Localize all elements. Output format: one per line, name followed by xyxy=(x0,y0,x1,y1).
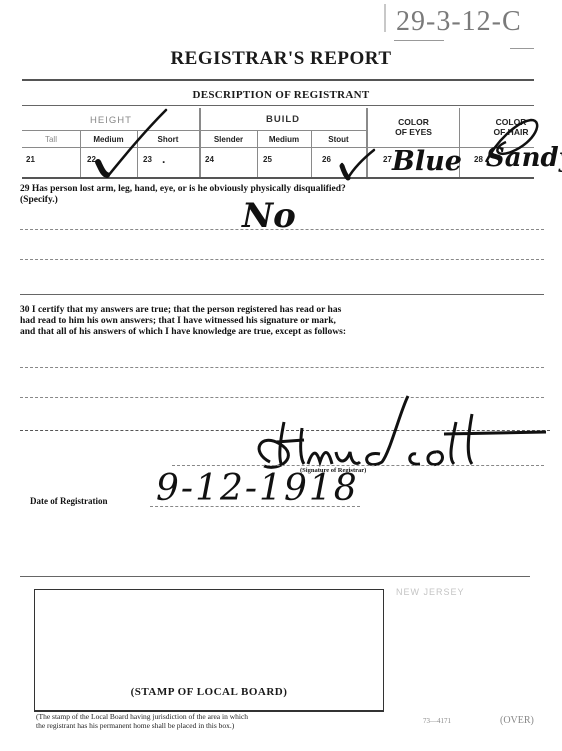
exceptions-line[interactable] xyxy=(20,367,544,368)
section-rule xyxy=(20,576,530,577)
form-code: 73—4171 xyxy=(423,717,451,725)
checkmark-icon xyxy=(338,148,378,182)
hair-flourish xyxy=(476,112,546,168)
signature-line[interactable] xyxy=(172,465,544,466)
field-number-25: 25 xyxy=(263,155,272,164)
description-table: HEIGHT BUILD COLOR OF EYES COLOR OF HAIR… xyxy=(0,0,562,180)
registration-date-label: Date of Registration xyxy=(30,496,107,506)
question-30-line3: and that all of his answers of which I h… xyxy=(20,327,560,337)
header-eye-color-line1: COLOR xyxy=(368,117,459,127)
stamp-note-line1: (The stamp of the Local Board having jur… xyxy=(36,712,396,721)
faint-stamp-text: NEW JERSEY xyxy=(396,587,465,597)
field-number-21: 21 xyxy=(26,155,35,164)
answer-line[interactable] xyxy=(20,229,544,230)
field-number-26: 26 xyxy=(322,155,331,164)
question-29-text: 29 Has person lost arm, leg, hand, eye, … xyxy=(20,184,560,194)
answer-line[interactable] xyxy=(20,259,544,260)
eye-color-value: Blue xyxy=(392,146,462,177)
over-note: (OVER) xyxy=(500,715,534,726)
stamp-note-line2: the registrant has his permanent home sh… xyxy=(36,721,396,730)
registration-date-value: 9-12-1918 xyxy=(156,468,359,509)
stamp-label: (STAMP OF LOCAL BOARD) xyxy=(34,686,384,698)
checkmark-icon xyxy=(88,108,168,180)
field-number-24: 24 xyxy=(205,155,214,164)
header-eye-color-line2: OF EYES xyxy=(368,127,459,137)
col-build-medium: Medium xyxy=(257,135,311,144)
field-number-27: 27 xyxy=(383,155,392,164)
col-stout: Stout xyxy=(311,135,366,144)
question-30-line2: had read to him his own answers; that I … xyxy=(20,316,560,326)
col-tall: Tall xyxy=(22,135,80,144)
col-slender: Slender xyxy=(200,135,257,144)
question-29-answer: No xyxy=(242,196,296,236)
question-29-specify: (Specify.) xyxy=(20,195,58,205)
header-build: BUILD xyxy=(200,114,366,125)
section-rule xyxy=(20,294,544,295)
question-30-line1: 30 I certify that my answers are true; t… xyxy=(20,305,560,315)
table-rule xyxy=(22,130,366,131)
